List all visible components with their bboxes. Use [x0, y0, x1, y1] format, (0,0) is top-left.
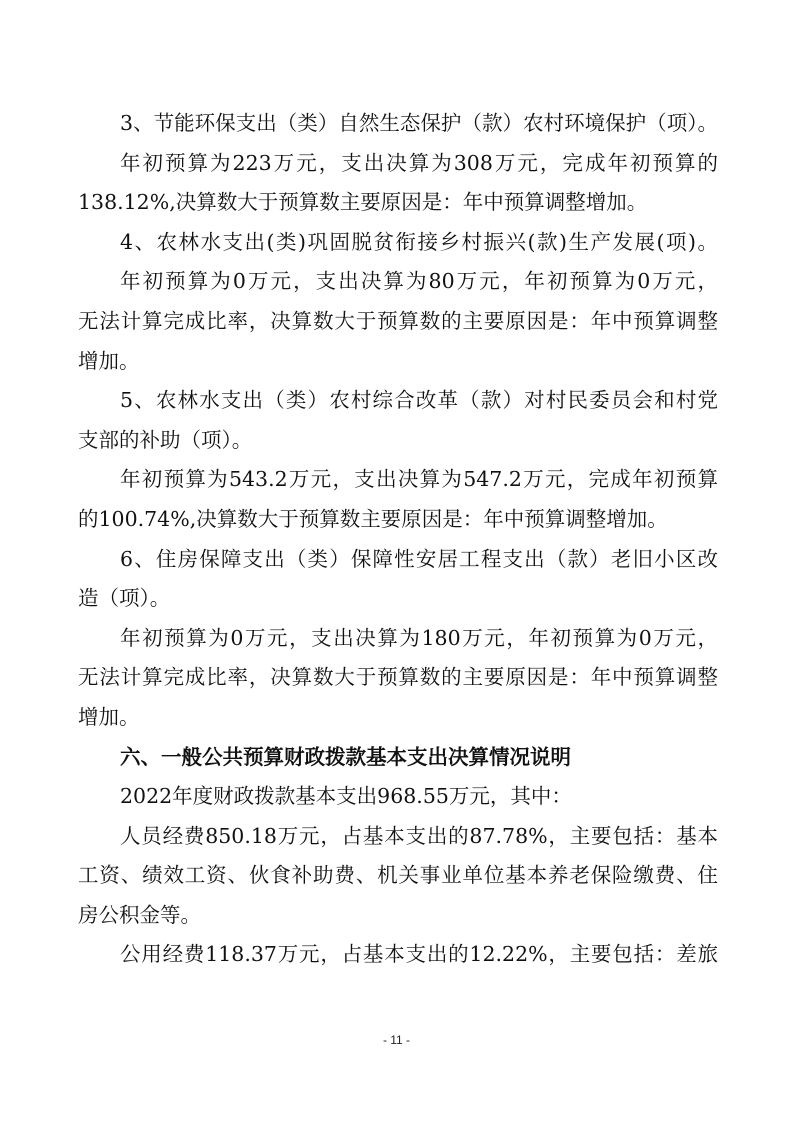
paragraph-line: 2022年度财政拨款基本支出968.55万元，其中： [78, 777, 718, 817]
paragraph-line: 3、节能环保支出（类）自然生态保护（款）农村环境保护（项）。 [78, 104, 718, 144]
paragraph-line: 5、农林水支出（类）农村综合改革（款）对村民委员会和村党 [78, 381, 718, 421]
section-heading: 六、一般公共预算财政拨款基本支出决算情况说明 [78, 738, 718, 778]
paragraph-line: 人员经费850.18万元，占基本支出的87.78%，主要包括：基本 [78, 817, 718, 857]
paragraph-line: 房公积金等。 [78, 896, 718, 936]
paragraph-line: 公用经费118.37万元，占基本支出的12.22%，主要包括：差旅 [78, 935, 718, 975]
paragraph-line: 支部的补助（项）。 [78, 421, 718, 461]
paragraph-line: 6、住房保障支出（类）保障性安居工程支出（款）老旧小区改 [78, 540, 718, 580]
paragraph-line: 增加。 [78, 698, 718, 738]
page-number: - 11 - [0, 1033, 793, 1047]
document-body: 3、节能环保支出（类）自然生态保护（款）农村环境保护（项）。 年初预算为223万… [78, 104, 718, 975]
paragraph-line: 无法计算完成比率，决算数大于预算数的主要原因是：年中预算调整 [78, 302, 718, 342]
paragraph-line: 4、农林水支出(类)巩固脱贫衔接乡村振兴(款)生产发展(项)。 [78, 223, 718, 263]
paragraph-line: 年初预算为0万元，支出决算为180万元，年初预算为0万元， [78, 619, 718, 659]
paragraph-line: 年初预算为0万元，支出决算为80万元，年初预算为0万元， [78, 262, 718, 302]
paragraph-line: 的100.74%,决算数大于预算数主要原因是：年中预算调整增加。 [78, 500, 718, 540]
paragraph-line: 造（项）。 [78, 579, 718, 619]
paragraph-line: 138.12%,决算数大于预算数主要原因是：年中预算调整增加。 [78, 183, 718, 223]
paragraph-line: 无法计算完成比率，决算数大于预算数的主要原因是：年中预算调整 [78, 658, 718, 698]
paragraph-line: 工资、绩效工资、伙食补助费、机关事业单位基本养老保险缴费、住 [78, 856, 718, 896]
paragraph-line: 年初预算为223万元，支出决算为308万元，完成年初预算的 [78, 144, 718, 184]
paragraph-line: 年初预算为543.2万元，支出决算为547.2万元，完成年初预算 [78, 460, 718, 500]
paragraph-line: 增加。 [78, 342, 718, 382]
